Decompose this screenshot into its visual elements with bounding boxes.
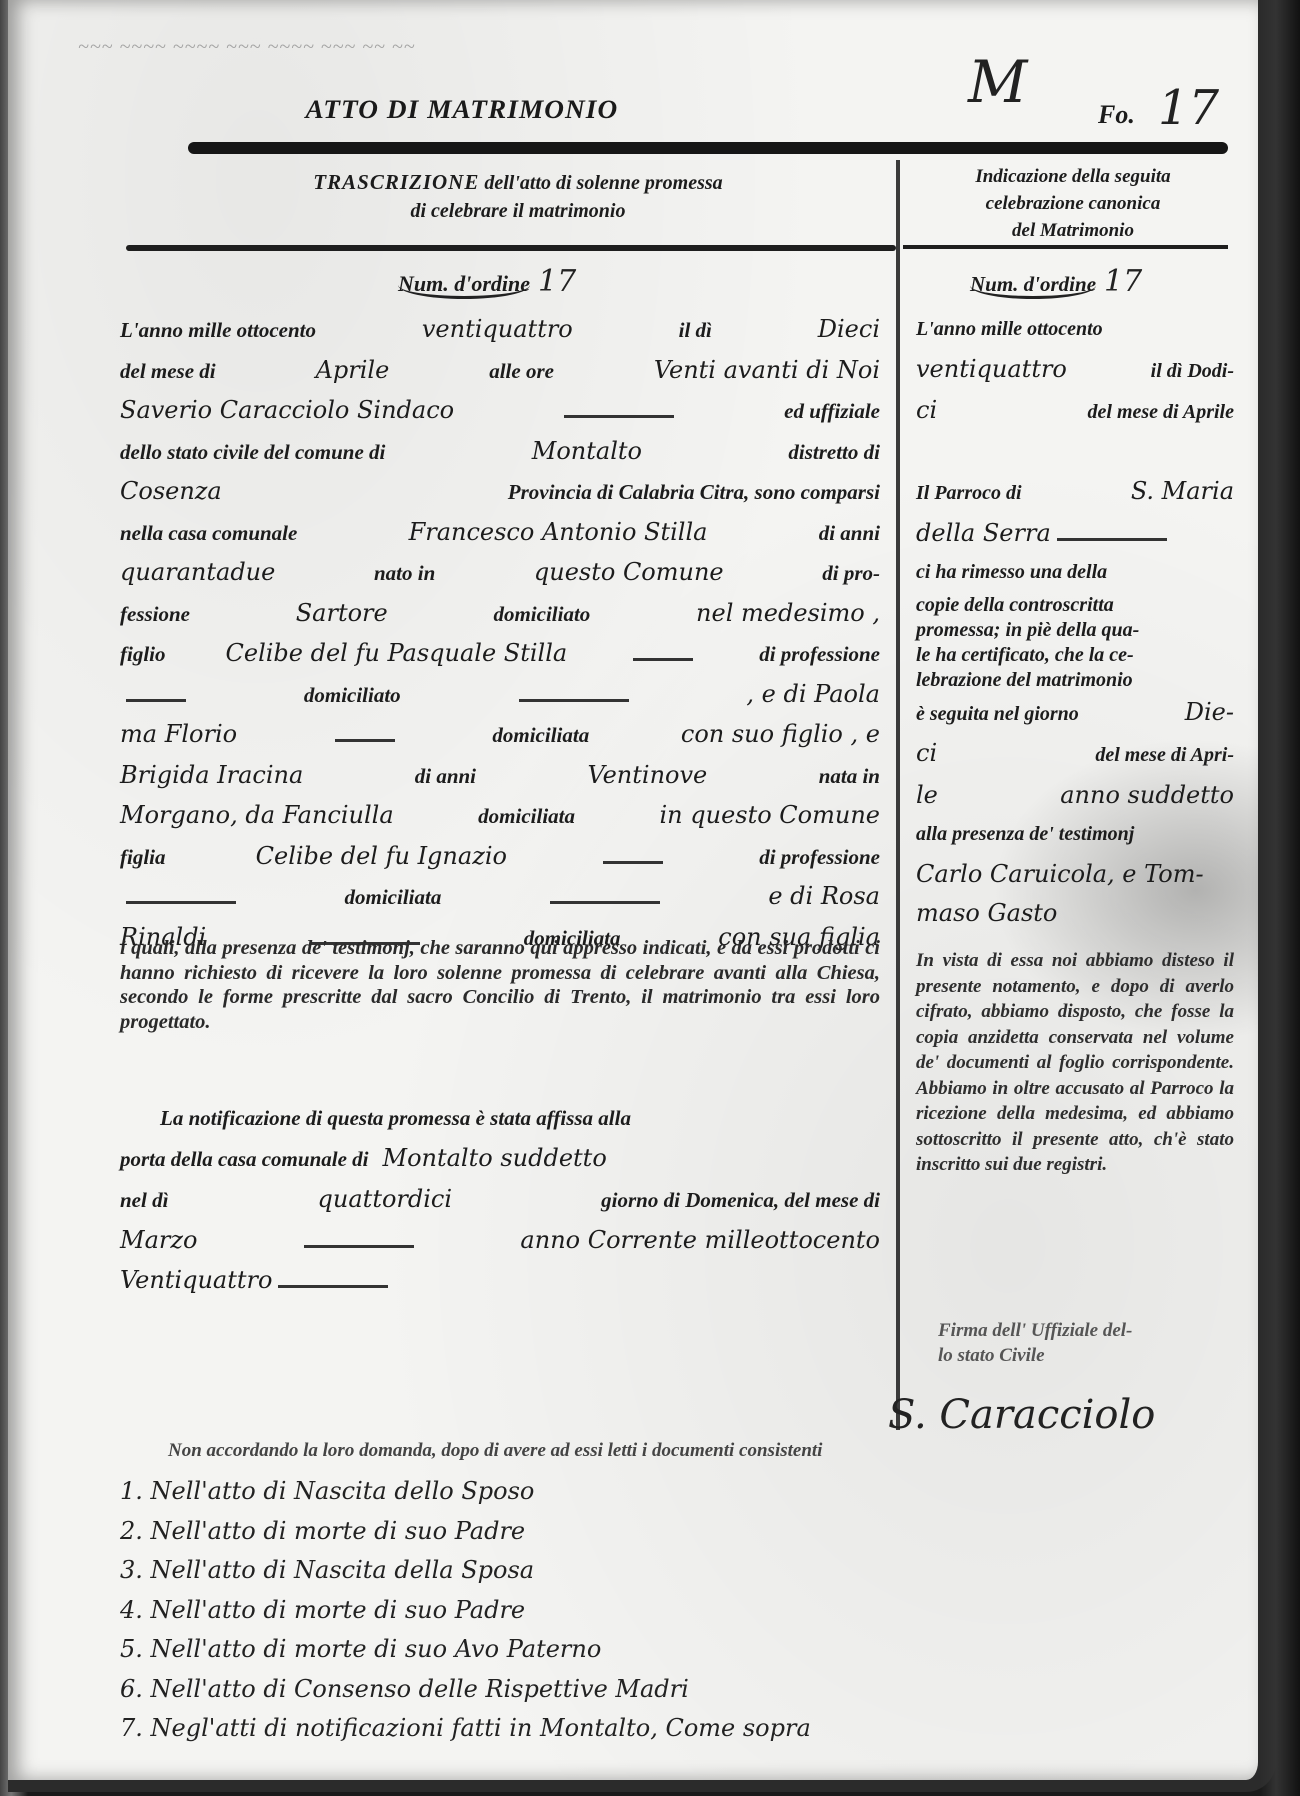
form-line: Brigida Iracinadi anniVentinovenata in — [120, 756, 880, 797]
header-rest: dell'atto di solenne promessa — [484, 172, 722, 194]
right-header-line2: celebrazione canonica — [913, 190, 1233, 217]
list-item: 5. Nell'atto di morte di suo Avo Paterno — [120, 1630, 940, 1670]
folio-label: Fo. — [1098, 100, 1135, 130]
form-line: L'anno mille ottocentoventiquattroil dìD… — [120, 310, 880, 351]
right-line: Carlo Caruicola, e Tom- — [916, 855, 1234, 895]
list-item: 1. Nell'atto di Nascita dello Sposo — [120, 1472, 940, 1512]
right-line: ci ha rimesso una della — [916, 553, 1234, 593]
signature-caption: Firma dell' Uffiziale del- lo stato Civi… — [938, 1318, 1228, 1368]
column-divider — [896, 160, 900, 1430]
title-rule — [188, 142, 1228, 154]
right-line: le ha certificato, che la ce- — [916, 643, 1234, 668]
folio-number: 17 — [1158, 80, 1219, 136]
list-item: 4. Nell'atto di morte di suo Padre — [120, 1591, 940, 1631]
list-item: 3. Nell'atto di Nascita della Sposa — [120, 1551, 940, 1591]
header-caps: TRASCRIZIONE — [313, 170, 479, 194]
right-line: Il Parroco diS. Maria — [916, 472, 1234, 514]
form-line: CosenzaProvincia di Calabria Citra, sono… — [120, 472, 880, 513]
right-line: L'anno mille ottocento — [916, 310, 1234, 350]
right-order-number: Num. d'ordine17 — [970, 264, 1142, 299]
right-header-rule — [903, 245, 1228, 249]
right-column-header: Indicazione della seguita celebrazione c… — [913, 163, 1233, 244]
right-line: ventiquattroil dì Dodi- — [916, 350, 1234, 392]
register-page: ~~~ ~~~~ ~~~~ ~~~ ~~~~ ~~~ ~~ ~~ ATTO DI… — [8, 0, 1276, 1792]
list-item: 2. Nell'atto di morte di suo Padre — [120, 1512, 940, 1552]
right-header-line3: del Matrimonio — [913, 217, 1233, 244]
notif-line: nel dìquattordicigiorno di Domenica, del… — [120, 1179, 880, 1220]
list-item: 7. Negl'atti di notificazioni fatti in M… — [120, 1709, 940, 1749]
form-line: ma Floriodomiciliatacon suo figlio , e — [120, 715, 880, 756]
order-label: Num. d'ordine — [970, 272, 1096, 299]
right-body-form: L'anno mille ottocento ventiquattroil dì… — [916, 310, 1234, 934]
notif-line: Marzoanno Corrente milleottocento — [120, 1220, 880, 1260]
list-item: 6. Nell'atto di Consenso delle Rispettiv… — [120, 1670, 940, 1710]
left-order-number: Num. d'ordine17 — [398, 264, 576, 299]
form-line: Morgano, da Fanciulladomiciliatain quest… — [120, 796, 880, 837]
document-title: ATTO DI MATRIMONIO — [306, 95, 619, 125]
form-line: domiciliatae di Rosa — [120, 877, 880, 918]
faded-header-text: ~~~ ~~~~ ~~~~ ~~~ ~~~~ ~~~ ~~ ~~ — [78, 36, 416, 59]
corner-mark: M — [968, 48, 1027, 116]
left-paragraph: i quali, alla presenza de' testimonj, ch… — [120, 936, 880, 1034]
right-line: alla presenza de' testimonj — [916, 815, 1234, 855]
order-label: Num. d'ordine — [398, 271, 530, 299]
right-line: è seguita nel giornoDie- — [916, 693, 1234, 735]
order-value: 17 — [1104, 264, 1142, 299]
right-line — [916, 433, 1234, 473]
form-line: fessioneSartoredomiciliatonel medesimo , — [120, 594, 880, 635]
form-line: dello stato civile del comune diMontalto… — [120, 432, 880, 473]
right-line: cidel mese di Apri- — [916, 734, 1234, 776]
right-line: copie della controscritta — [916, 593, 1234, 618]
header-line2: di celebrare il matrimonio — [168, 197, 868, 225]
right-line: lebrazione del matrimonio — [916, 668, 1234, 693]
right-line: promessa; in piè della qua- — [916, 618, 1234, 643]
documents-list: 1. Nell'atto di Nascita dello Sposo 2. N… — [120, 1472, 940, 1749]
order-value: 17 — [538, 264, 576, 299]
right-line: della Serra — [916, 514, 1234, 554]
binding-shadow — [1260, 0, 1300, 1796]
form-line: figliaCelibe del fu Ignaziodi profession… — [120, 837, 880, 878]
officer-signature: S. Caracciolo — [888, 1392, 1155, 1438]
form-line: quarantaduenato inquesto Comunedi pro- — [120, 553, 880, 594]
right-line: cidel mese di Aprile — [916, 391, 1234, 433]
notif-line: La notificazione di questa promessa è st… — [120, 1098, 880, 1138]
form-line: figlioCelibe del fu Pasquale Stilladi pr… — [120, 634, 880, 675]
right-line: maso Gasto — [916, 894, 1234, 934]
left-body-form: L'anno mille ottocentoventiquattroil dìD… — [120, 310, 880, 958]
notif-line: porta della casa comunale diMontalto sud… — [120, 1138, 880, 1179]
right-header-line1: Indicazione della seguita — [913, 163, 1233, 190]
form-line: domiciliato, e di Paola — [120, 675, 880, 716]
left-header-rule — [126, 245, 896, 251]
right-line: leanno suddetto — [916, 776, 1234, 816]
notification-block: La notificazione di questa promessa è st… — [120, 1098, 880, 1300]
notif-line: Ventiquattro — [120, 1260, 880, 1300]
right-paragraph: In vista di essa noi abbiamo disteso il … — [916, 948, 1234, 1178]
form-line: Saverio Caracciolo Sindacoed uffiziale — [120, 391, 880, 432]
bottom-note: Non accordando la loro domanda, dopo di … — [168, 1440, 1218, 1462]
left-column-header: TRASCRIZIONE dell'atto di solenne promes… — [168, 168, 868, 225]
form-line: del mese diAprilealle oreVenti avanti di… — [120, 351, 880, 392]
form-line: nella casa comunaleFrancesco Antonio Sti… — [120, 513, 880, 554]
